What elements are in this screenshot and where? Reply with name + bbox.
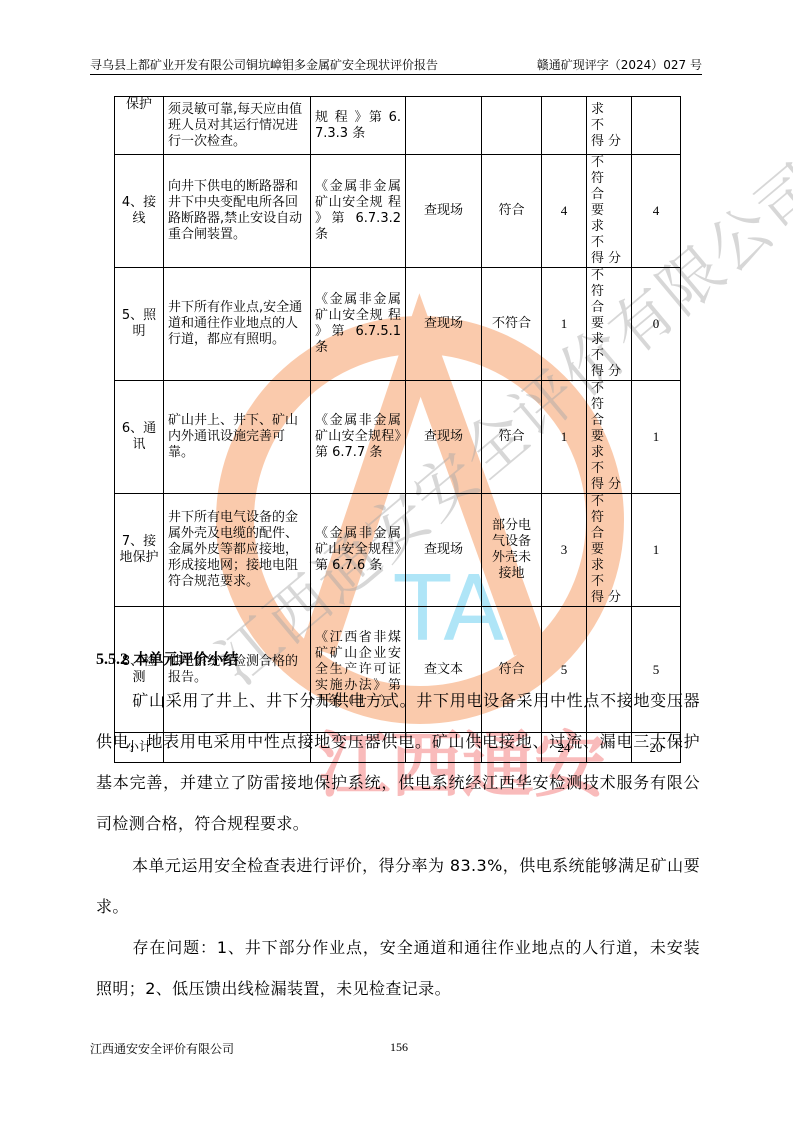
- document-number: 赣通矿现评字（2024）027 号: [537, 56, 702, 74]
- standard-score-cell: [542, 97, 587, 155]
- section-heading: 5.5.2 本单元评价小结: [96, 648, 238, 669]
- method-cell: [406, 97, 482, 155]
- requirement-cell: 矿山井上、井下、矿山内外通讯设施完善可靠。: [164, 381, 311, 494]
- page-number: 156: [390, 1040, 408, 1055]
- table-row: 4、接线 向井下供电的断路器和井下中央变配电所各回路断路器,禁止安设自动重合闸装…: [115, 155, 681, 268]
- score-cell: 1: [632, 494, 681, 607]
- requirement-cell: 须灵敏可靠,每天应由值班人员对其运行情况进行一次检查。: [164, 97, 311, 155]
- score-cell: [632, 97, 681, 155]
- item-cell: 6、通讯: [115, 381, 164, 494]
- item-cell: 7、接地保护: [115, 494, 164, 607]
- result-cell: 符合: [482, 381, 542, 494]
- result-cell: 部分电气设备外壳未接地: [482, 494, 542, 607]
- standard-score-cell: 1: [542, 268, 587, 381]
- scoring-rule-cell: 不 符 合 要 求 不 得分: [587, 268, 632, 381]
- basis-cell: 《金属非金属矿山安全规 程 》第 6.7.3.2 条: [311, 155, 406, 268]
- paragraph-text: 存在问题：1、井下部分作业点，安全通道和通往作业地点的人行道，未安装照明；2、低…: [96, 938, 700, 998]
- paragraph-text: 矿山采用了井上、井下分开供电方式。井下用电设备采用中性点不接地变压器供电，地表用…: [96, 691, 700, 833]
- item-cell: 5、照明: [115, 268, 164, 381]
- summary-paragraph: 矿山采用了井上、井下分开供电方式。井下用电设备采用中性点不接地变压器供电，地表用…: [96, 680, 700, 844]
- report-title: 寻乌县上都矿业开发有限公司铜坑嶂钼多金属矿安全现状评价报告: [90, 56, 438, 74]
- score-cell: 0: [632, 268, 681, 381]
- method-cell: 查现场: [406, 155, 482, 268]
- scoring-rule-cell: 不 符 合 要 求 不 得分: [587, 381, 632, 494]
- scoring-rule-cell: 不 符 合 要 求 不 得分: [587, 494, 632, 607]
- basis-cell: 《金属非金属矿山安全规程》第 6.7.7 条: [311, 381, 406, 494]
- item-cell: 保护: [115, 97, 164, 155]
- requirement-cell: 井下所有电气设备的金属外壳及电缆的配件、金属外皮等都应接地，形成接地网；接地电阻…: [164, 494, 311, 607]
- table-row: 6、通讯 矿山井上、井下、矿山内外通讯设施完善可靠。 《金属非金属矿山安全规程》…: [115, 381, 681, 494]
- footer-company: 江西通安安全评价有限公司: [90, 1040, 234, 1057]
- scoring-rule-cell: 求 不 得分: [587, 97, 632, 155]
- table-row: 7、接地保护 井下所有电气设备的金属外壳及电缆的配件、金属外皮等都应接地，形成接…: [115, 494, 681, 607]
- basis-cell: 《金属非金属矿山安全规 程 》第 6.7.5.1 条: [311, 268, 406, 381]
- standard-score-cell: 4: [542, 155, 587, 268]
- method-cell: 查现场: [406, 268, 482, 381]
- method-cell: 查现场: [406, 494, 482, 607]
- paragraph-text: 本单元运用安全检查表进行评价，得分率为 83.3%，供电系统能够满足矿山要求。: [96, 856, 700, 916]
- section-title: 本单元评价小结: [133, 650, 238, 668]
- item-cell: 4、接线: [115, 155, 164, 268]
- table-row: 5、照明 井下所有作业点,安全通道和通往作业地点的人行道，都应有照明。 《金属非…: [115, 268, 681, 381]
- result-cell: [482, 97, 542, 155]
- method-cell: 查现场: [406, 381, 482, 494]
- scoring-rule-cell: 不 符 合 要 求 不 得分: [587, 155, 632, 268]
- standard-score-cell: 3: [542, 494, 587, 607]
- basis-cell: 规 程 》第 6.7.3.3 条: [311, 97, 406, 155]
- score-cell: 1: [632, 381, 681, 494]
- section-number: 5.5.2: [96, 651, 128, 668]
- page-header: 寻乌县上都矿业开发有限公司铜坑嶂钼多金属矿安全现状评价报告 赣通矿现评字（202…: [90, 56, 702, 75]
- result-cell: 不符合: [482, 268, 542, 381]
- basis-cell: 《金属非金属矿山安全规程》第 6.7.6 条: [311, 494, 406, 607]
- score-paragraph: 本单元运用安全检查表进行评价，得分率为 83.3%，供电系统能够满足矿山要求。: [96, 845, 700, 927]
- requirement-cell: 向井下供电的断路器和井下中央变配电所各回路断路器,禁止安设自动重合闸装置。: [164, 155, 311, 268]
- standard-score-cell: 1: [542, 381, 587, 494]
- score-cell: 4: [632, 155, 681, 268]
- requirement-cell: 井下所有作业点,安全通道和通往作业地点的人行道，都应有照明。: [164, 268, 311, 381]
- result-cell: 符合: [482, 155, 542, 268]
- table-row: 保护 须灵敏可靠,每天应由值班人员对其运行情况进行一次检查。 规 程 》第 6.…: [115, 97, 681, 155]
- issues-paragraph: 存在问题：1、井下部分作业点，安全通道和通往作业地点的人行道，未安装照明；2、低…: [96, 927, 700, 1009]
